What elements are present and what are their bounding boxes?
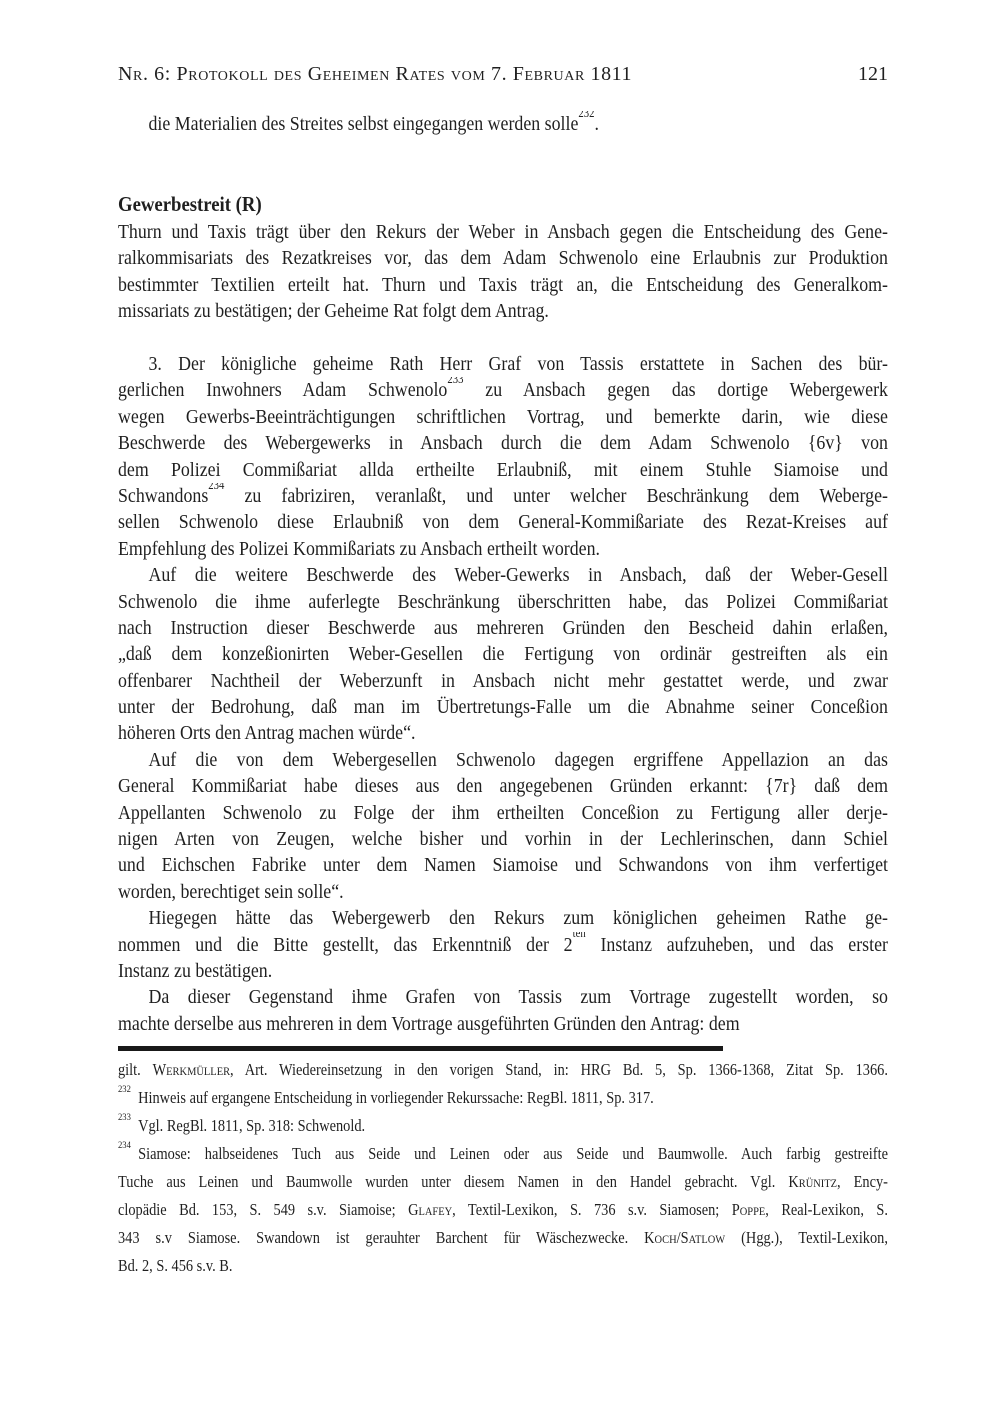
text-line: offenbarer Nachtheil der Weberzunft in A… xyxy=(118,668,888,694)
text-line: 232 Hinweis auf ergangene Entscheidung i… xyxy=(118,1084,888,1112)
paragraph: Auf die von dem Webergesellen Schwenolo … xyxy=(118,747,888,905)
text-line: wegen Gewerbs-Beeinträchtigungen schrift… xyxy=(118,404,888,430)
footnote-ref: ten xyxy=(573,932,586,941)
text-line: clopädie Bd. 153, S. 549 s.v. Siamoise; … xyxy=(118,1196,888,1224)
text-line: Auf die weitere Beschwerde des Weber-Gew… xyxy=(118,562,888,588)
text-line: höheren Orts den Antrag machen würde“. xyxy=(118,720,888,746)
text-line: bestimmter Textilien erteilt hat. Thurn … xyxy=(118,272,888,298)
small-caps-name: Krünitz xyxy=(788,1172,837,1191)
book-page: Nr. 6: Protokoll des Geheimen Rates vom … xyxy=(0,0,1004,1418)
text-line: 233 Vgl. RegBl. 1811, Sp. 318: Schwenold… xyxy=(118,1112,888,1140)
footnote-ref: 233 xyxy=(447,377,463,386)
small-caps-name: Werkmüller xyxy=(153,1060,230,1079)
text-line: Beschwerde des Webergewerks in Ansbach d… xyxy=(118,430,888,456)
carryover-line: die Materialien des Streites selbst eing… xyxy=(118,111,888,137)
text-line: „daß dem konzeßionirten Weber-Gesellen d… xyxy=(118,641,888,667)
footnote-number: 232 xyxy=(118,1084,131,1095)
text-line: unter der Bedrohung, daß man im Übertret… xyxy=(118,694,888,720)
footnote-entry: 232 Hinweis auf ergangene Entscheidung i… xyxy=(118,1084,888,1112)
text-line: 3. Der königliche geheime Rath Herr Graf… xyxy=(118,351,888,377)
text-line: und Eichschen Fabrike unter dem Namen Si… xyxy=(118,852,888,878)
text-line: nach Instruction dieser Beschwerde aus m… xyxy=(118,615,888,641)
text-line: dem Polizei Commißariat allda ertheilte … xyxy=(118,457,888,483)
text-line: gerlichen Inwohners Adam Schwenolo233 zu… xyxy=(118,377,888,403)
text-line: missariats zu bestätigen; der Geheime Ra… xyxy=(118,298,888,324)
footnote-ref: 234 xyxy=(208,483,224,492)
text-line: ralkommisariats des Rezatkreises vor, da… xyxy=(118,245,888,271)
small-caps-name: Poppe xyxy=(732,1200,766,1219)
text-line: nigen Arten von Zeugen, welche bisher un… xyxy=(118,826,888,852)
footnote-entry: 234 Siamose: halbseidenes Tuch aus Seide… xyxy=(118,1140,888,1280)
footnotes-block: gilt. Werkmüller, Art. Wiedereinsetzung … xyxy=(118,1056,888,1280)
text-line: Bd. 2, S. 456 s.v. B. xyxy=(118,1252,888,1280)
text-line: Da dieser Gegenstand ihme Grafen von Tas… xyxy=(118,984,888,1010)
footnote-ref: 232 xyxy=(578,111,594,120)
paragraph: Hiegegen hätte das Webergewerb den Rekur… xyxy=(118,905,888,984)
footnote-entries: 232 Hinweis auf ergangene Entscheidung i… xyxy=(118,1084,888,1280)
small-caps-name: Koch/Satlow xyxy=(644,1228,725,1247)
text-line: Tuche aus Leinen und Baumwolle wurden un… xyxy=(118,1168,888,1196)
text-line: Auf die von dem Webergesellen Schwenolo … xyxy=(118,747,888,773)
text-line: Hiegegen hätte das Webergewerb den Rekur… xyxy=(118,905,888,931)
text-line: Instanz zu bestätigen. xyxy=(118,958,888,984)
paragraph: 3. Der königliche geheime Rath Herr Graf… xyxy=(118,351,888,562)
text-line: nommen und die Bitte gestellt, das Erken… xyxy=(118,932,888,958)
page-header: Nr. 6: Protokoll des Geheimen Rates vom … xyxy=(118,62,888,86)
text-line: Schwandons234 zu fabriziren, veranlaßt, … xyxy=(118,483,888,509)
text-line: Empfehlung des Polizei Kommißariats zu A… xyxy=(118,536,888,562)
footnote-entry: 233 Vgl. RegBl. 1811, Sp. 318: Schwenold… xyxy=(118,1112,888,1140)
paragraph: Auf die weitere Beschwerde des Weber-Gew… xyxy=(118,562,888,747)
section-heading: Gewerbestreit (R) xyxy=(118,191,888,218)
section-summary: Thurn und Taxis trägt über den Rekurs de… xyxy=(118,219,888,325)
text-line: machte derselbe aus mehreren in dem Vort… xyxy=(118,1011,888,1037)
text-line: General Kommißariat habe dieses aus den … xyxy=(118,773,888,799)
text-line: Schwenolo die ihme auferlegte Beschränku… xyxy=(118,589,888,615)
text-line: die Materialien des Streites selbst eing… xyxy=(118,111,888,137)
footnote-separator-rule xyxy=(118,1046,723,1051)
page-number: 121 xyxy=(858,62,888,86)
paragraph: Da dieser Gegenstand ihme Grafen von Tas… xyxy=(118,984,888,1037)
small-caps-name: Glafey xyxy=(408,1200,452,1219)
text-line: Appellanten Schwenolo zu Folge der ihm e… xyxy=(118,800,888,826)
footnote-number: 234 xyxy=(118,1140,131,1151)
text-line: sellen Schwenolo diese Erlaubniß von dem… xyxy=(118,509,888,535)
text-line: 234 Siamose: halbseidenes Tuch aus Seide… xyxy=(118,1140,888,1168)
text-line: 343 s.v Siamose. Swandown ist gerauhter … xyxy=(118,1224,888,1252)
running-title: Nr. 6: Protokoll des Geheimen Rates vom … xyxy=(118,62,632,86)
text-line: Thurn und Taxis trägt über den Rekurs de… xyxy=(118,219,888,245)
text-line: worden, berechtiget sein solle“. xyxy=(118,879,888,905)
footnote-continuation-line: gilt. Werkmüller, Art. Wiedereinsetzung … xyxy=(118,1056,888,1084)
body-paragraphs: 3. Der königliche geheime Rath Herr Graf… xyxy=(118,351,888,1037)
footnote-number: 233 xyxy=(118,1112,131,1123)
